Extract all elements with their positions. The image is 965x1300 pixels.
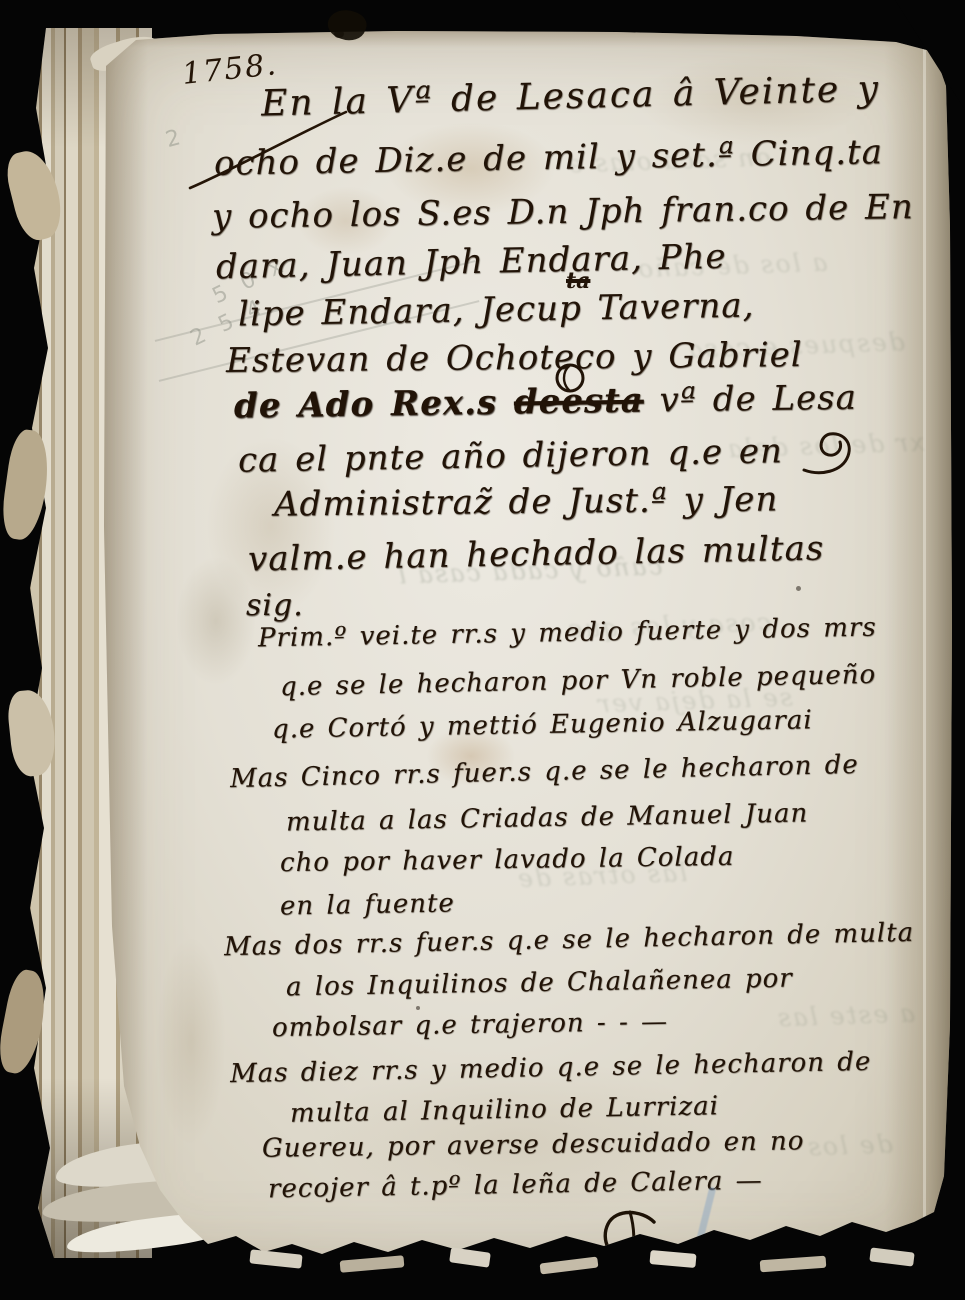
manuscript-entry-line: cho por haver lavado la Colada [280, 842, 735, 878]
blue-pencil-mark [691, 1186, 717, 1263]
manuscript-entry-line: ombolsar q.e trajeron - - — [272, 1007, 668, 1043]
torn-paper-fragment [249, 1249, 302, 1268]
manuscript-line: valm.e han hechado las multas [248, 528, 825, 579]
manuscript-line: ca el pnte año dijeron q.e en [238, 431, 783, 481]
manuscript-line: En la Vª de Lesaca â Veinte y [261, 68, 881, 124]
manuscript-entry-line: Mas dos rr.s fuer.s q.e se le hecharon d… [224, 918, 915, 962]
manuscript-line: y ocho los S.es D.n Jph fran.co de En [212, 187, 914, 237]
manuscript-page: on saca olas e a los de caño despues e c… [96, 26, 954, 1280]
manuscript-line-segment: de Ado Rex.s [234, 382, 514, 426]
manuscript-line: lipe Endara, Jecup Taverna, [238, 285, 755, 334]
torn-paper-fragment [449, 1247, 491, 1267]
manuscript-entry-line: en la fuente [280, 888, 455, 921]
manuscript-entry-line: q.e Cortó y mettió Eugenio Alzugarai [272, 705, 813, 744]
line-end-flourish [796, 424, 868, 486]
ink-speck [796, 586, 801, 591]
pencil-margin-mark: 2 [163, 124, 188, 153]
manuscript-scan: on saca olas e a los de caño despues e c… [0, 0, 965, 1300]
torn-paper-fragment [760, 1256, 827, 1273]
fore-edge-highlight [923, 26, 926, 1280]
foxing-stain [176, 556, 256, 686]
manuscript-line-segment: vª de Lesa [644, 378, 858, 421]
manuscript-entry-line: recojer â t.pº la leña de Calera — [268, 1166, 763, 1205]
manuscript-entry-line: Mas Cinco rr.s fuer.s q.e se le hecharon… [230, 750, 859, 794]
torn-paper-fragment [540, 1257, 599, 1275]
top-edge-shadow [96, 26, 954, 48]
manuscript-entry-line: Guereu, por averse descuidado en no [262, 1126, 805, 1164]
manuscript-line: Estevan de Ochoteco y Gabriel [226, 335, 803, 381]
circle-flourish [548, 356, 592, 400]
struck-correction: ta [566, 268, 590, 294]
manuscript-line: Administraz̃ de Just.ª y Jen [274, 479, 779, 524]
ink-speck [416, 1006, 420, 1010]
bleedthrough-text: de los [806, 1129, 894, 1161]
manuscript-entry-line: multa a las Criadas de Manuel Juan [286, 798, 809, 837]
manuscript-entry-line: Mas diez rr.s y medio q.e se le hecharon… [230, 1047, 872, 1089]
manuscript-entry-line: Prim.º vei.te rr.s y medio fuerte y dos … [258, 613, 877, 654]
torn-paper-fragment [649, 1250, 696, 1268]
foxing-stain [156, 936, 226, 1146]
bleedthrough-text: a este las [776, 999, 916, 1033]
torn-paper-fragment [340, 1255, 405, 1273]
manuscript-entry-line: multa al Inquilino de Lurrizai [290, 1091, 719, 1128]
manuscript-entry-line: a los Inquilinos de Chalañenea por [286, 964, 793, 1003]
torn-paper-fragment [869, 1247, 914, 1266]
manuscript-line-with-correction: de Ado Rex.s deesta vª de Lesa [234, 378, 857, 427]
manuscript-line: sig. [246, 588, 304, 623]
